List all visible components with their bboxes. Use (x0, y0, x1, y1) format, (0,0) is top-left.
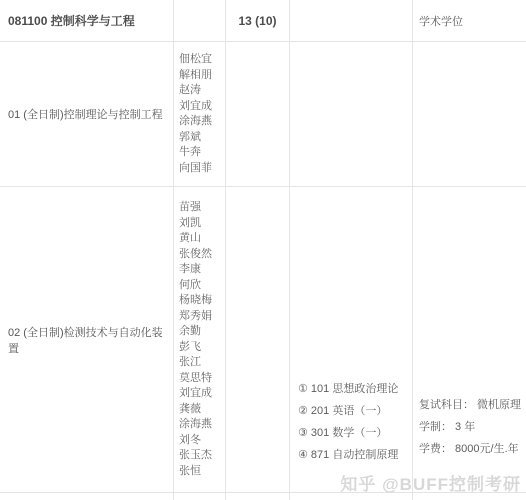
exam-subject: ③ 301 数学（一） (298, 422, 412, 444)
advisor-name: 杨晓梅 (179, 293, 225, 309)
advisor-name: 向国菲 (179, 161, 225, 177)
notes-01-cell (413, 42, 526, 187)
sliver-cell-4 (290, 493, 413, 500)
advisor-name: 余勤 (179, 324, 225, 340)
advisor-name: 张江 (179, 355, 225, 371)
advisor-name: 郑秀娟 (179, 309, 225, 325)
direction-01-label: 01 (全日制)控制理论与控制工程 (8, 106, 163, 122)
advisor-name: 苗强 (179, 200, 225, 216)
advisors-01-list: 佃松宜解相朋赵涛刘宜成涂海燕郭斌牛奔向国菲 (174, 42, 226, 187)
advisor-name: 刘宜成 (179, 99, 225, 115)
header-empty-advisor-cell (174, 0, 226, 42)
exams-01-cell (290, 42, 413, 187)
program-code-label: 081100 控制科学与工程 (8, 12, 135, 29)
direction-02-label: 02 (全日制)检测技术与自动化装置 (8, 324, 173, 356)
advisor-name: 牛奔 (179, 145, 225, 161)
advisor-name: 解相朋 (179, 68, 225, 84)
note-line: 复试科目： 微机原理 (419, 394, 526, 416)
quota-label: 13 (10) (238, 14, 276, 28)
sliver-cell-1 (0, 493, 174, 500)
direction-02-cell: 02 (全日制)检测技术与自动化装置 (0, 187, 174, 493)
advisor-name: 赵涛 (179, 83, 225, 99)
sliver-cell-5 (413, 493, 526, 500)
advisor-name: 郭斌 (179, 130, 225, 146)
note-line: 学费： 8000元/生.年 (419, 438, 526, 460)
degree-type-label: 学术学位 (419, 13, 463, 29)
advisor-name: 何欣 (179, 278, 225, 294)
exam-subjects-list: ① 101 思想政治理论② 201 英语（一）③ 301 数学（一）④ 871 … (290, 187, 413, 493)
quota-01-cell (226, 42, 290, 187)
advisor-name: 刘宜成 (179, 386, 225, 402)
exam-subject: ② 201 英语（一） (298, 400, 412, 422)
exam-subject: ① 101 思想政治理论 (298, 378, 412, 400)
direction-01-cell: 01 (全日制)控制理论与控制工程 (0, 42, 174, 187)
advisor-name: 刘冬 (179, 433, 225, 449)
exam-subject: ④ 871 自动控制原理 (298, 444, 412, 466)
advisors-02-list: 苗强刘凯黄山张俊然李康何欣杨晓梅郑秀娟余勤彭飞张江莫思特刘宜成龚薇涂海燕刘冬张玉… (174, 187, 226, 493)
admissions-table: 081100 控制科学与工程 13 (10) 学术学位 01 (全日制)控制理论… (0, 0, 526, 500)
note-line: 学制： 3 年 (419, 416, 526, 438)
sliver-cell-2 (174, 493, 226, 500)
advisor-name: 刘凯 (179, 216, 225, 232)
advisor-name: 张俊然 (179, 247, 225, 263)
degree-type-cell: 学术学位 (413, 0, 526, 42)
advisor-name: 李康 (179, 262, 225, 278)
sliver-cell-3 (226, 493, 290, 500)
advisor-name: 莫思特 (179, 371, 225, 387)
quota-cell: 13 (10) (226, 0, 290, 42)
advisor-name: 张恒 (179, 464, 225, 480)
advisor-name: 彭飞 (179, 340, 225, 356)
advisor-name: 涂海燕 (179, 114, 225, 130)
advisor-name: 佃松宜 (179, 52, 225, 68)
admissions-table-page: 081100 控制科学与工程 13 (10) 学术学位 01 (全日制)控制理论… (0, 0, 526, 500)
advisor-name: 张玉杰 (179, 448, 225, 464)
program-code-cell: 081100 控制科学与工程 (0, 0, 174, 42)
quota-02-cell (226, 187, 290, 493)
advisor-name: 黄山 (179, 231, 225, 247)
header-empty-exam-cell (290, 0, 413, 42)
notes-list: 复试科目： 微机原理学制： 3 年学费： 8000元/生.年 (413, 187, 526, 493)
advisor-name: 龚薇 (179, 402, 225, 418)
advisor-name: 涂海燕 (179, 417, 225, 433)
